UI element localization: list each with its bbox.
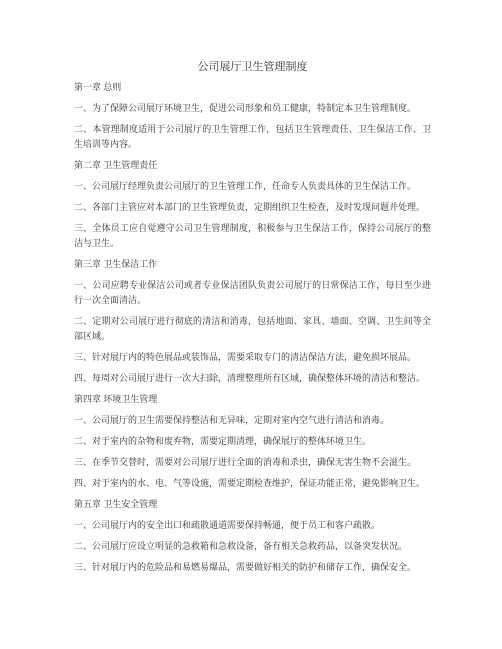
paragraph: 二、对于室内的杂物和废弃物，需要定期清理，确保展厅的整体环境卫生。 <box>74 434 431 449</box>
paragraph: 一、公司应聘专业保洁公司或者专业保洁团队负责公司展厅的日常保洁工作，每日至少进行… <box>74 278 431 308</box>
document-page: 公司展厅卫生管理制度 第一章 总则 一、为了保障公司展厅环境卫生，促进公司形象和… <box>0 0 502 649</box>
paragraph: 三、全体员工应自觉遵守公司卫生管理制度，积极参与卫生保洁工作，保持公司展厅的整洁… <box>74 221 431 251</box>
paragraph: 一、公司展厅经理负责公司展厅的卫生管理工作，任命专人负责具体的卫生保洁工作。 <box>74 179 431 194</box>
document-title: 公司展厅卫生管理制度 <box>74 59 431 75</box>
paragraph: 四、每周对公司展厅进行一次大扫除，清理整理所有区域，确保整体环境的清洁和整洁。 <box>74 371 431 386</box>
paragraph: 四、对于室内的水、电、气等设施，需要定期检查维护，保证功能正常，避免影响卫生。 <box>74 476 431 491</box>
paragraph: 三、在季节交替时，需要对公司展厅进行全面的消毒和杀虫，确保无害生物不会滋生。 <box>74 455 431 470</box>
paragraph: 二、公司展厅应设立明显的急救箱和急救设备，备有相关急救药品，以备突发状况。 <box>74 539 431 554</box>
paragraph: 二、各部门主管应对本部门的卫生管理负责，定期组织卫生检查，及时发现问题并处理。 <box>74 200 431 215</box>
chapter-heading-3: 第三章 卫生保洁工作 <box>74 257 431 272</box>
paragraph: 一、公司展厅的卫生需要保持整洁和无异味，定期对室内空气进行清洁和消毒。 <box>74 413 431 428</box>
chapter-heading-2: 第二章 卫生管理责任 <box>74 158 431 173</box>
paragraph: 二、本管理制度适用于公司展厅的卫生管理工作，包括卫生管理责任、卫生保洁工作、卫生… <box>74 122 431 152</box>
paragraph: 一、为了保障公司展厅环境卫生，促进公司形象和员工健康，特制定本卫生管理制度。 <box>74 101 431 116</box>
paragraph: 二、定期对公司展厅进行彻底的清洁和消毒，包括地面、家具、墙面、空调、卫生间等全部… <box>74 314 431 344</box>
paragraph: 一、公司展厅内的安全出口和疏散通道需要保持畅通，便于员工和客户疏散。 <box>74 518 431 533</box>
chapter-heading-1: 第一章 总则 <box>74 80 431 95</box>
chapter-heading-5: 第五章 卫生安全管理 <box>74 497 431 512</box>
chapter-heading-4: 第四章 环境卫生管理 <box>74 392 431 407</box>
paragraph: 三、针对展厅内的危险品和易燃易爆品，需要做好相关的防护和储存工作，确保安全。 <box>74 560 431 575</box>
paragraph: 三、针对展厅内的特色展品或装饰品，需要采取专门的清洁保洁方法，避免损坏展品。 <box>74 350 431 365</box>
